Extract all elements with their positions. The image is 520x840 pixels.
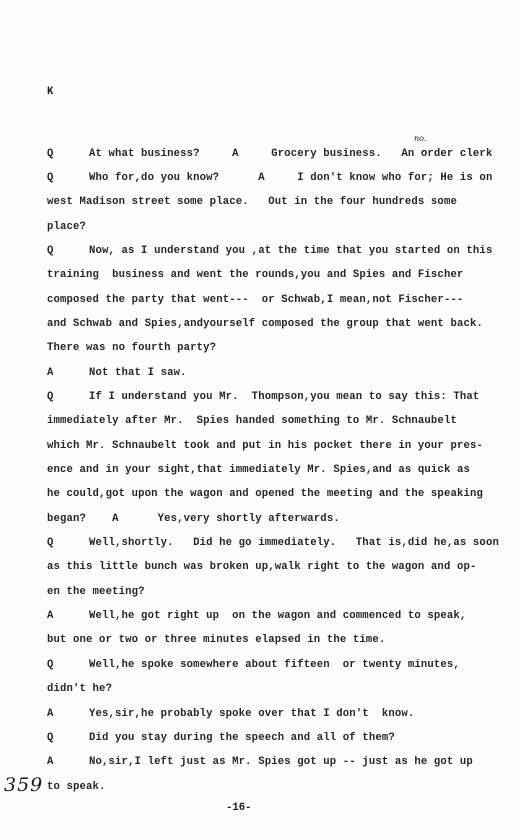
line-text: en the meeting? [47,586,145,598]
transcript-line: QWell,shortly. Did he go immediately. Th… [47,536,499,550]
speaker-label: Q [47,147,89,161]
transcript-line: ANot that I saw. [47,366,187,380]
transcript-line: and Schwab and Spies,andyourself compose… [47,317,483,331]
transcript-line: west Madison street some place. Out in t… [47,195,457,209]
transcript-line: QNow, as I understand you ,at the time t… [47,244,492,258]
transcript-line: QWell,he spoke somewhere about fifteen o… [47,658,460,672]
line-text: Well,shortly. Did he go immediately. Tha… [89,537,499,549]
line-text: Well,he got right up on the wagon and co… [89,610,466,622]
speaker-label: A [47,707,89,721]
line-text: didn't he? [47,683,112,695]
transcript-line: en the meeting? [47,585,145,599]
transcript-line: didn't he? [47,682,112,696]
line-text: No,sir,I left just as Mr. Spies got up -… [89,756,473,768]
transcript-line: began? A Yes,very shortly afterwards. [47,512,340,526]
line-text: Well,he spoke somewhere about fifteen or… [89,659,460,671]
transcript-line: QAt what business? A Grocery business. A… [47,147,492,161]
line-text: There was no fourth party? [47,342,216,354]
speaker-label: Q [47,171,89,185]
line-text: as this little bunch was broken up,walk … [47,561,476,573]
speaker-label: Q [47,731,89,745]
line-text: ence and in your sight,that immediately … [47,464,470,476]
line-text: composed the party that went--- or Schwa… [47,294,463,306]
speaker-label: A [47,755,89,769]
transcript-line: QWho for,do you know? A I don't know who… [47,171,492,185]
margin-page-number: 359 [4,774,43,796]
transcript-line: ANo,sir,I left just as Mr. Spies got up … [47,755,473,769]
speaker-label: Q [47,658,89,672]
line-text: Now, as I understand you ,at the time th… [89,245,492,257]
transcript-line: which Mr. Schnaubelt took and put in his… [47,439,483,453]
transcript-line: QIf I understand you Mr. Thompson,you me… [47,390,479,404]
handwritten-insertion: no. [414,134,426,143]
line-text: and Schwab and Spies,andyourself compose… [47,318,483,330]
transcript-line: composed the party that went--- or Schwa… [47,293,463,307]
transcript-line: to speak. [47,780,106,794]
page-number: -16- [226,802,251,814]
line-text: If I understand you Mr. Thompson,you mea… [89,391,479,403]
transcript-page: K no. ^ QAt what business? A Grocery bus… [0,0,520,840]
speaker-label: A [47,609,89,623]
transcript-line: AYes,sir,he probably spoke over that I d… [47,707,414,721]
speaker-label: A [47,366,89,380]
speaker-label: Q [47,244,89,258]
transcript-line: as this little bunch was broken up,walk … [47,560,476,574]
line-text: west Madison street some place. Out in t… [47,196,457,208]
line-text: training business and went the rounds,yo… [47,269,463,281]
line-text: but one or two or three minutes elapsed … [47,634,385,646]
transcript-line: AWell,he got right up on the wagon and c… [47,609,466,623]
transcript-line: he could,got upon the wagon and opened t… [47,487,483,501]
speaker-label: Q [47,536,89,550]
line-text: place? [47,221,86,233]
transcript-line: immediately after Mr. Spies handed somet… [47,414,457,428]
line-text: he could,got upon the wagon and opened t… [47,488,483,500]
transcript-line: QDid you stay during the speech and all … [47,731,395,745]
line-text: Who for,do you know? A I don't know who … [89,172,492,184]
line-text: At what business? A Grocery business. An… [89,148,492,160]
line-text: began? A Yes,very shortly afterwards. [47,513,340,525]
line-text: immediately after Mr. Spies handed somet… [47,415,457,427]
line-text: which Mr. Schnaubelt took and put in his… [47,440,483,452]
transcript-line: training business and went the rounds,yo… [47,268,463,282]
section-marker: K [47,86,53,98]
speaker-label: Q [47,390,89,404]
line-text: Yes,sir,he probably spoke over that I do… [89,708,414,720]
line-text: Not that I saw. [89,367,187,379]
transcript-line: place? [47,220,86,234]
line-text: Did you stay during the speech and all o… [89,732,395,744]
transcript-line: ence and in your sight,that immediately … [47,463,470,477]
line-text: to speak. [47,781,106,793]
transcript-line: but one or two or three minutes elapsed … [47,633,385,647]
transcript-line: There was no fourth party? [47,341,216,355]
